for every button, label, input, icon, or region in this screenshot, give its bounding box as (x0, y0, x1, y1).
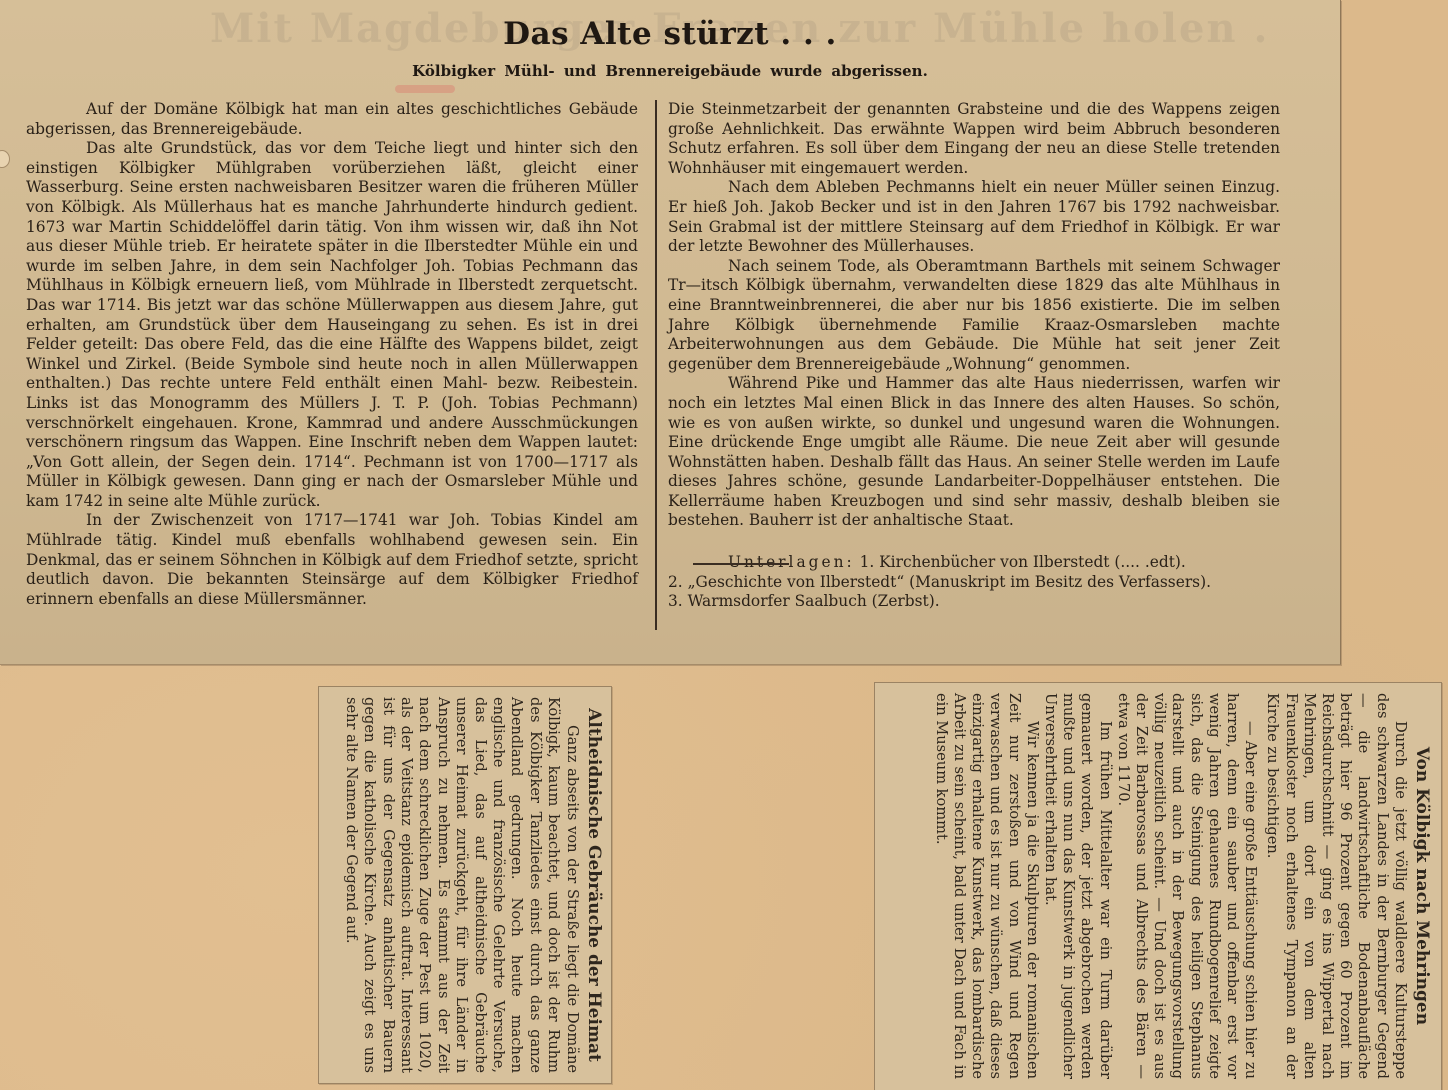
paragraph: Auf der Domäne Kölbigk hat man ein altes… (26, 100, 638, 139)
clipping-title: Von Kölbigk nach Mehringen (1413, 693, 1431, 1079)
paragraph: Im frühen Mittelalter war ein Turm darüb… (1041, 693, 1114, 1079)
main-article-clipping: Mit Magdeburger Frauen zur Mühle holen .… (0, 0, 1341, 665)
clipping-koelbigk-mehringen: Von Kölbigk nach Mehringen Durch die jet… (874, 682, 1442, 1090)
scrapbook-page: Mit Magdeburger Frauen zur Mühle holen .… (0, 0, 1448, 1090)
article-headline: Das Alte stürzt . . . (0, 16, 1340, 52)
clipping-altheidnische-gebraeuche: Altheidnische Gebräuche der Heimat Ganz … (318, 686, 612, 1084)
article-column-left: Auf der Domäne Kölbigk hat man ein altes… (26, 100, 638, 609)
rotated-text-block: Altheidnische Gebräuche der Heimat Ganz … (323, 697, 603, 1073)
paragraph: Die Steinmetzarbeit der genannten Grabst… (668, 100, 1280, 178)
paragraph: Wir kennen ja die Skulpturen der romanis… (932, 693, 1041, 1079)
clipping-title: Altheidnische Gebräuche der Heimat (585, 697, 603, 1073)
paragraph: — Aber eine große Enttäuschung schien hi… (1114, 693, 1260, 1079)
paragraph: In der Zwischenzeit von 1717—1741 war Jo… (26, 511, 638, 609)
article-subheadline: Kölbigker Mühl- und Brennereigebäude wur… (0, 62, 1340, 80)
rotated-text-block: Von Kölbigk nach Mehringen Durch die jet… (879, 693, 1431, 1079)
sources-line-3: 3. Warmsdorfer Saalbuch (Zerbst). (668, 592, 1280, 612)
paragraph: Während Pike und Hammer das alte Haus ni… (668, 374, 1280, 531)
sources-line-2: 2. „Geschichte von Ilberstedt“ (Manuskri… (668, 573, 1280, 593)
paragraph: Nach dem Ableben Pechmanns hielt ein neu… (668, 178, 1280, 256)
clipping-lead: Durch die jetzt völlig waldleere Kulturs… (1259, 693, 1409, 1079)
article-column-right: Die Steinmetzarbeit der genannten Grabst… (668, 100, 1280, 612)
paragraph: Das alte Grundstück, das vor dem Teiche … (26, 139, 638, 511)
punch-hole (0, 150, 10, 168)
red-ink-mark (395, 85, 455, 93)
sources-divider (693, 563, 789, 565)
column-divider (655, 100, 657, 630)
paragraph: Nach seinem Tode, als Oberamtmann Barthe… (668, 257, 1280, 375)
clipping-body: Ganz abseits von der Straße liegt die Do… (341, 697, 580, 1073)
